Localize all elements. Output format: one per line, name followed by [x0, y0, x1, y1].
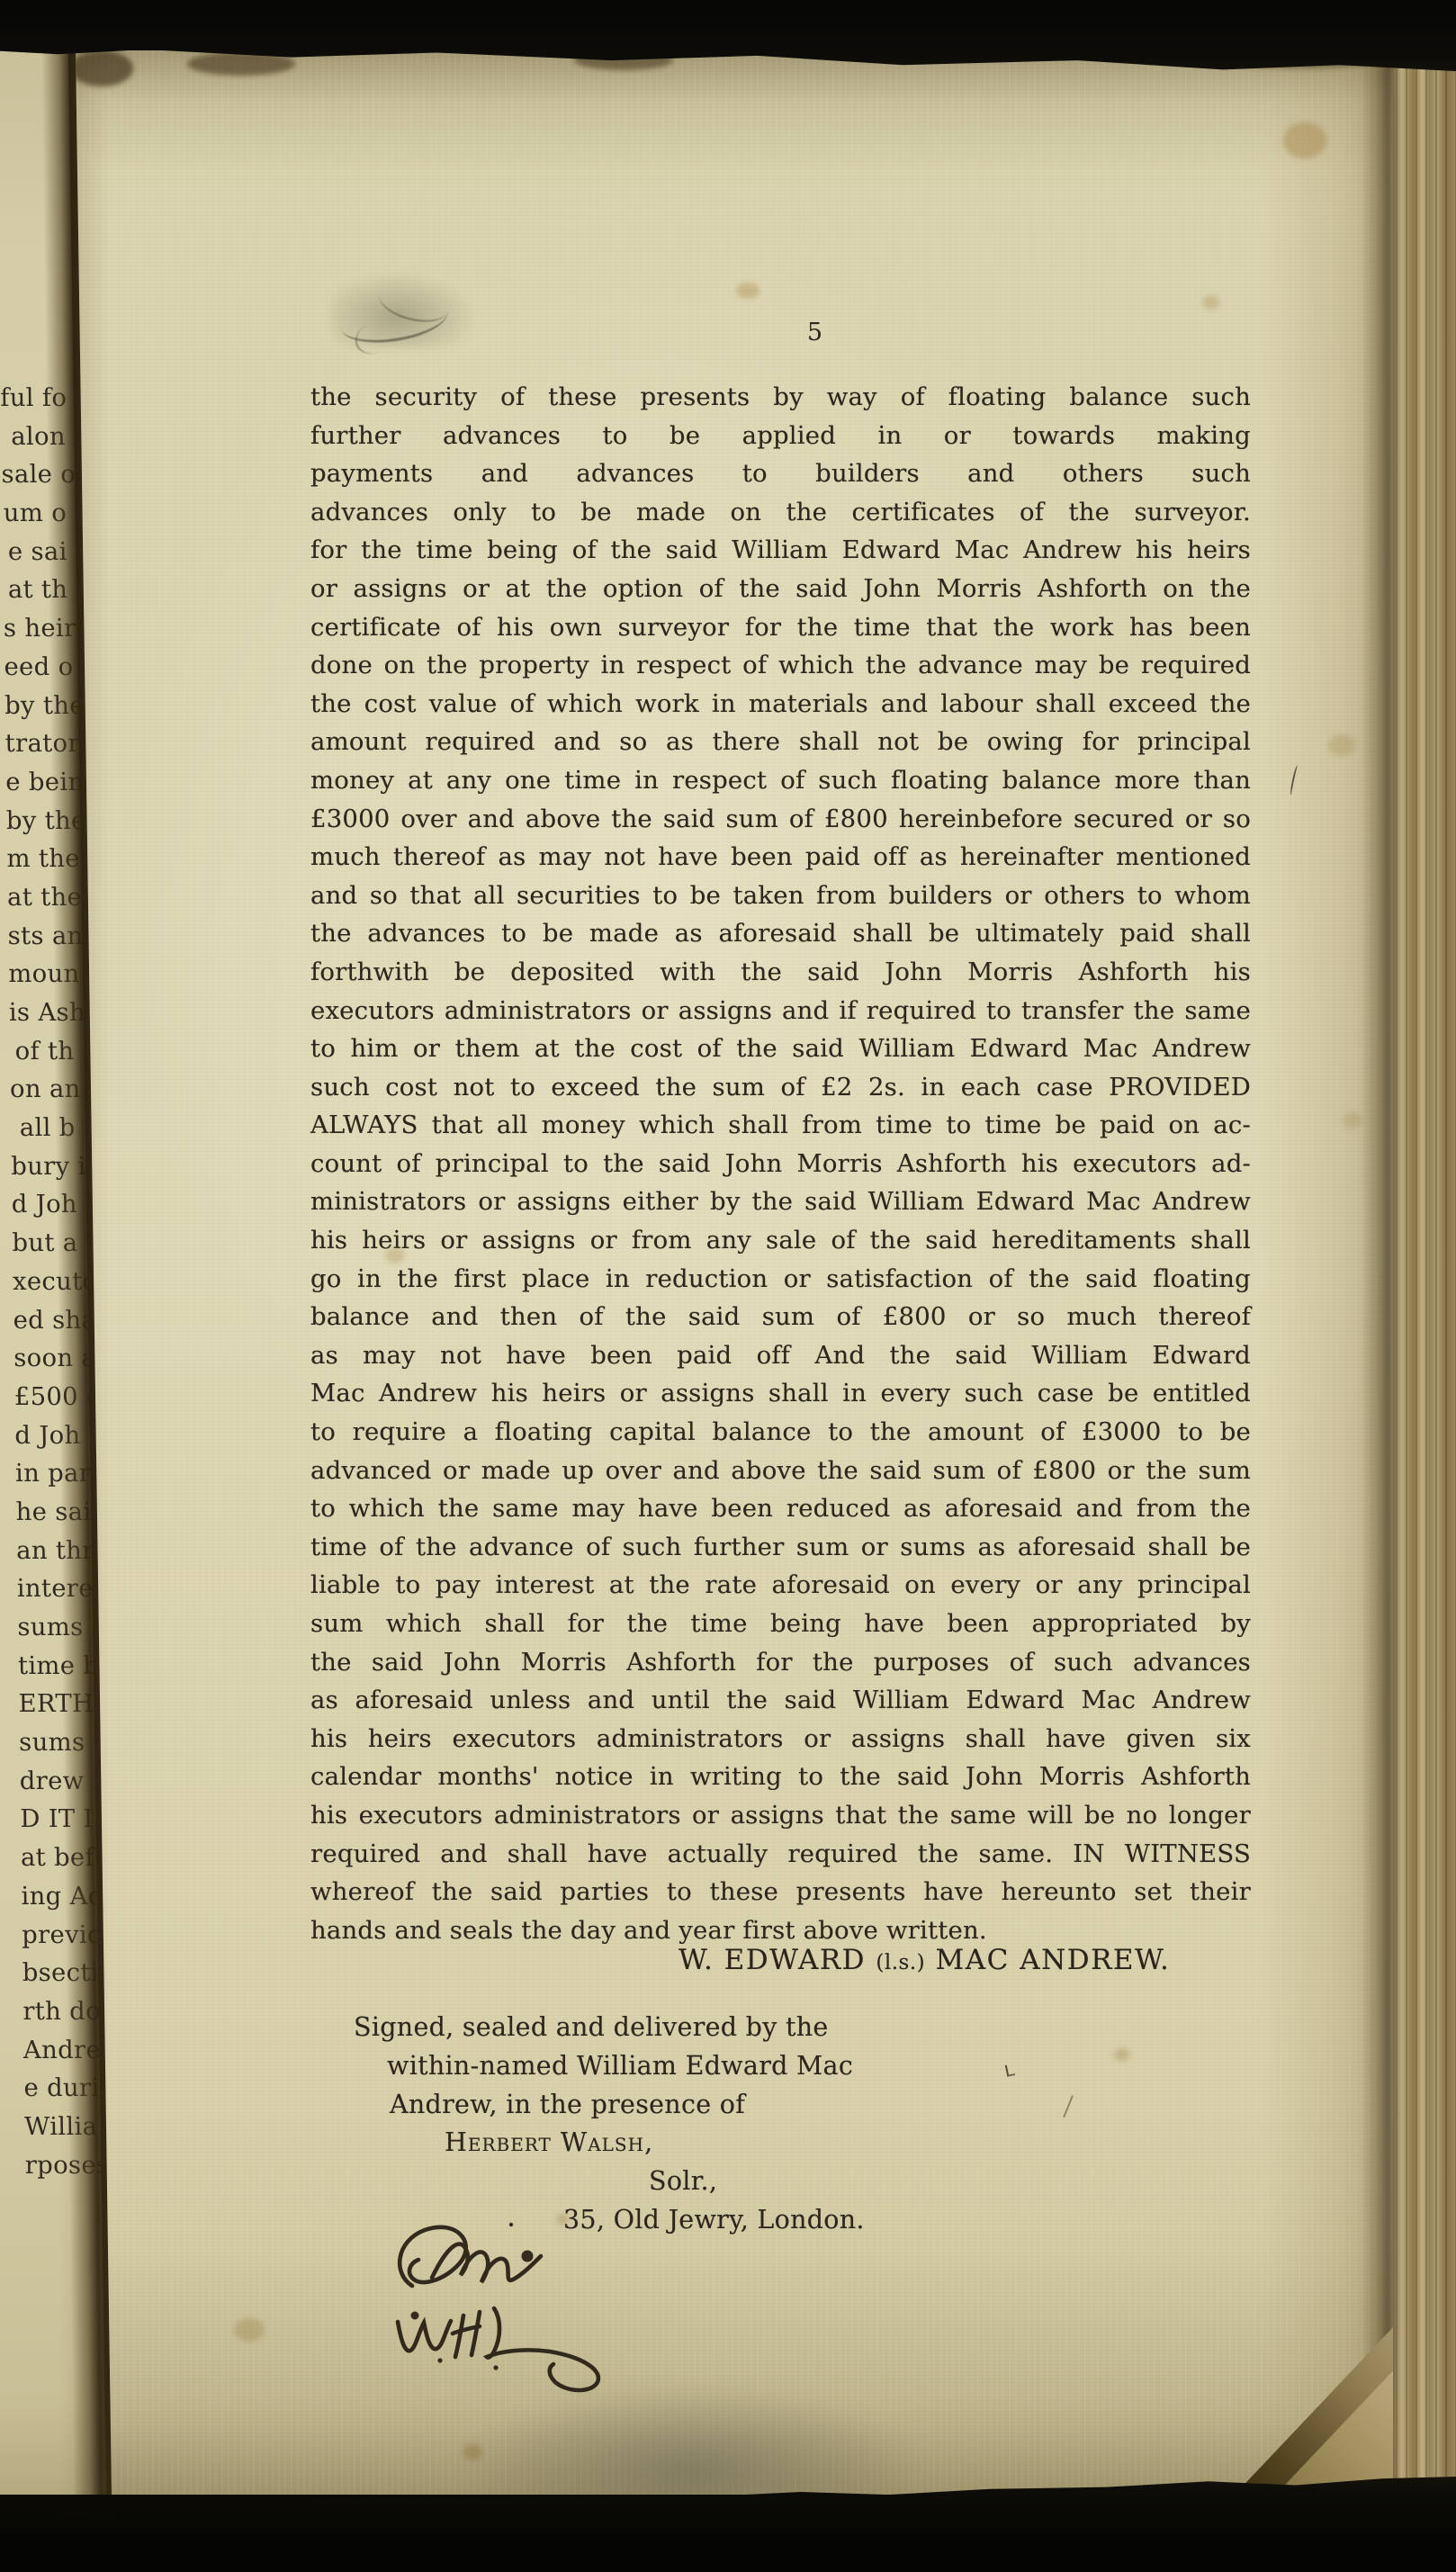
- handwritten-initials-ink: [378, 2214, 666, 2412]
- deed-text-line: time of the advance of such further sum …: [310, 1533, 1251, 1571]
- deed-text-line: his heirs executors administrators or as…: [310, 1724, 1251, 1763]
- deed-text-line: whereof the said parties to these presen…: [310, 1877, 1251, 1916]
- deed-text-line: or assigns or at the option of the said …: [310, 574, 1251, 613]
- deed-text-line: sum which shall for the time being have …: [310, 1609, 1251, 1648]
- party-name-post: MAC ANDREW.: [925, 1944, 1170, 1976]
- small-ink-mark: [1005, 2064, 1016, 2077]
- deed-text-line: count of principal to the said John Morr…: [310, 1149, 1251, 1188]
- fox-spot: [1328, 734, 1355, 756]
- deed-text-line: required and shall have actually require…: [310, 1839, 1251, 1878]
- deed-text-line: such cost not to exceed the sum of £2 2s…: [310, 1073, 1251, 1111]
- deed-text-line: done on the property in respect of which…: [310, 651, 1251, 689]
- deed-text-line: advances only to be made on the certific…: [310, 498, 1251, 536]
- fox-spot: [1114, 2048, 1130, 2061]
- attestation-line: Andrew, in the presence of: [390, 2090, 745, 2119]
- book-scan: ful foalonsale oum oe saiat ths heireed …: [0, 0, 1456, 2572]
- deed-text-line: ALWAYS that all money which shall from t…: [310, 1111, 1251, 1149]
- deed-text-line: the advances to be made as aforesaid sha…: [310, 919, 1251, 958]
- fox-spot: [736, 283, 759, 299]
- party-name-pre: W. EDWARD: [679, 1944, 876, 1976]
- deed-text-line: and so that all securities to be taken f…: [310, 881, 1251, 920]
- deed-text-line: further advances to be applied in or tow…: [310, 421, 1251, 460]
- deed-text-line: ministrators or assigns either by the sa…: [310, 1187, 1251, 1226]
- deed-text-line: calendar months' notice in writing to th…: [310, 1762, 1251, 1801]
- deed-text-line: amount required and so as there shall no…: [310, 727, 1251, 766]
- deed-text-line: money at any one time in respect of such…: [310, 766, 1251, 805]
- page-edges-fore-edge: [1386, 56, 1456, 2500]
- deed-text-line: Mac Andrew his heirs or assigns shall in…: [310, 1379, 1251, 1417]
- deed-text-line: forthwith be deposited with the said Joh…: [310, 958, 1251, 996]
- deed-text-line: go in the first place in reduction or sa…: [310, 1264, 1251, 1303]
- party-signature-line: W. EDWARD (l.s.) MAC ANDREW.: [679, 1944, 1170, 1976]
- deed-text-line: his heirs or assigns or from any sale of…: [310, 1226, 1251, 1264]
- small-scratch: [1063, 2095, 1074, 2118]
- witness-name: Herbert Walsh,: [445, 2127, 653, 2157]
- deed-text-line: to which the same may have been reduced …: [310, 1494, 1251, 1533]
- deed-text-line: £3000 over and above the said sum of £80…: [310, 805, 1251, 843]
- deed-text-line: certificate of his own surveyor for the …: [310, 613, 1251, 652]
- deed-text-line: balance and then of the said sum of £800…: [310, 1302, 1251, 1341]
- deed-text-line: payments and advances to builders and ot…: [310, 459, 1251, 498]
- document-page: 5 the security of these presents by way …: [70, 50, 1393, 2495]
- page-number: 5: [786, 319, 844, 346]
- deed-text-line: as aforesaid unless and until the said W…: [310, 1686, 1251, 1724]
- deed-text-line: to require a floating capital balance to…: [310, 1417, 1251, 1456]
- deed-text-line: executors administrators or assigns and …: [310, 996, 1251, 1035]
- deed-text-line: the said John Morris Ashforth for the pu…: [310, 1648, 1251, 1686]
- dirt-smudge: [324, 265, 486, 355]
- attestation-line: within-named William Edward Mac: [387, 2051, 853, 2081]
- deed-text-line: much thereof as may not have been paid o…: [310, 842, 1251, 881]
- fox-spot: [1202, 295, 1220, 310]
- attestation-line: Signed, sealed and delivered by the: [354, 2012, 829, 2042]
- edge-burn-mark: [70, 50, 133, 86]
- deed-text-line: for the time being of the said William E…: [310, 535, 1251, 574]
- deed-text-line: his executors administrators or assigns …: [310, 1801, 1251, 1839]
- deed-text-line: as may not have been paid off And the sa…: [310, 1341, 1251, 1380]
- deed-body-text: the security of these presents by way of…: [310, 382, 1251, 1954]
- deed-text-line: to him or them at the cost of the said W…: [310, 1034, 1251, 1073]
- deed-text-line: advanced or made up over and above the s…: [310, 1456, 1251, 1495]
- seal-abbreviation: (l.s.): [876, 1951, 925, 1974]
- ink-scratch-mark: [1290, 765, 1300, 796]
- fox-spot: [234, 2318, 265, 2342]
- deed-text-line: the cost value of which work in material…: [310, 689, 1251, 728]
- fox-spot: [1283, 122, 1326, 158]
- witness-title: Solr.,: [649, 2166, 717, 2196]
- deed-text-line: the security of these presents by way of…: [310, 382, 1251, 421]
- fox-spot: [1343, 1112, 1362, 1129]
- deed-text-line: liable to pay interest at the rate afore…: [310, 1570, 1251, 1609]
